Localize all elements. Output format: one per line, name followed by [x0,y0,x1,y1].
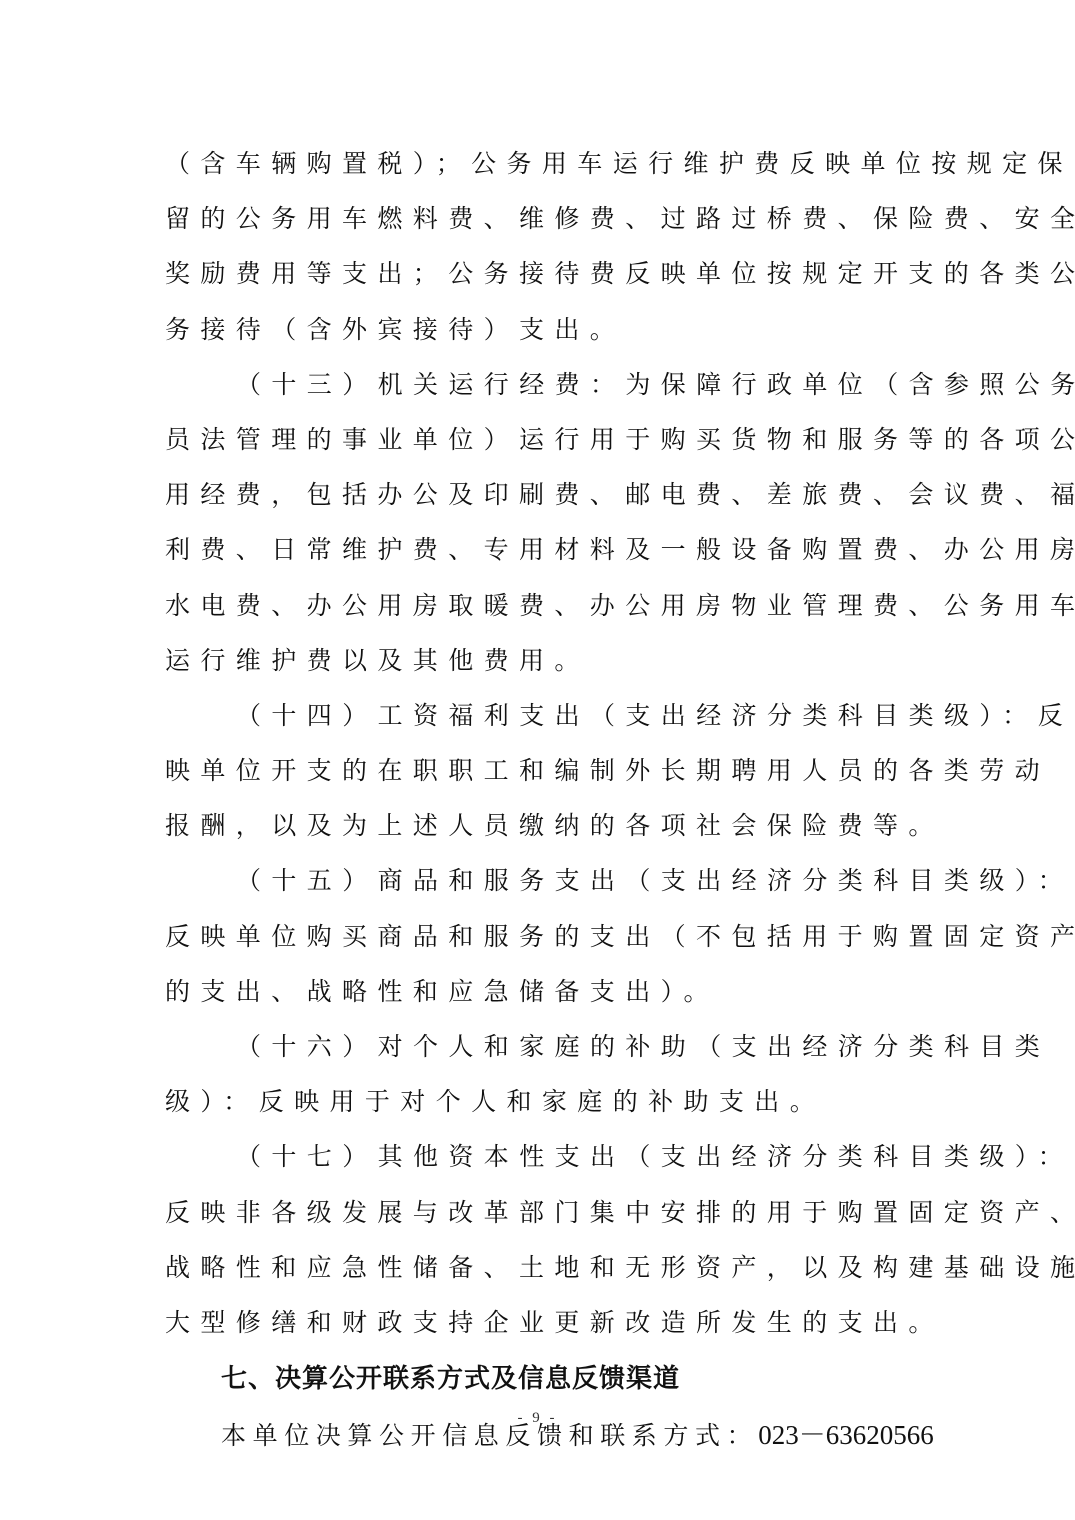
paragraph-section-14-wages-welfare: （十四）工资福利支出（支出经济分类科目类级）：反 映单位开支的在职职工和编制外长… [165,688,915,854]
text-line: 留的公务用车燃料费、维修费、过路过桥费、保险费、安全 [165,191,915,246]
text-line: 员法管理的事业单位）运行用于购买货物和服务等的各项公 [165,412,915,467]
text-line: 级）：反映用于对个人和家庭的补助支出。 [165,1074,915,1129]
text-line: 用经费，包括办公及印刷费、邮电费、差旅费、会议费、福 [165,467,915,522]
text-line: 映单位开支的在职职工和编制外长期聘用人员的各类劳动 [165,743,915,798]
text-line: （十四）工资福利支出（支出经济分类科目类级）：反 [165,688,915,743]
document-page: （含车辆购置税）；公务用车运行维护费反映单位按规定保 留的公务用车燃料费、维修费… [165,136,915,1463]
text-line: 战略性和应急性储备、土地和无形资产，以及构建基础设施、 [165,1240,915,1295]
text-line: 运行维护费以及其他费用。 [165,633,915,688]
text-line: 大型修缮和财政支持企业更新改造所发生的支出。 [165,1295,915,1350]
text-line: 水电费、办公用房取暖费、办公用房物业管理费、公务用车 [165,578,915,633]
text-line: （十七）其他资本性支出（支出经济分类科目类级）： [165,1129,915,1184]
section-heading-contact: 七、决算公开联系方式及信息反馈渠道 [165,1350,915,1408]
text-line: 反映非各级发展与改革部门集中安排的用于购置固定资产、 [165,1185,915,1240]
page-number: - 9 - [0,1410,1075,1427]
text-line: （含车辆购置税）；公务用车运行维护费反映单位按规定保 [165,136,915,191]
paragraph-section-17-other-capital-expenditure: （十七）其他资本性支出（支出经济分类科目类级）： 反映非各级发展与改革部门集中安… [165,1129,915,1350]
text-line: （十五）商品和服务支出（支出经济分类科目类级）： [165,853,915,908]
paragraph-section-15-goods-services: （十五）商品和服务支出（支出经济分类科目类级）： 反映单位购买商品和服务的支出（… [165,853,915,1019]
text-line: （十三）机关运行经费：为保障行政单位（含参照公务 [165,357,915,412]
text-line: （十六）对个人和家庭的补助（支出经济分类科目类 [165,1019,915,1074]
text-line: 奖励费用等支出；公务接待费反映单位按规定开支的各类公 [165,246,915,301]
paragraph-section-13-agency-operating-expenses: （十三）机关运行经费：为保障行政单位（含参照公务 员法管理的事业单位）运行用于购… [165,357,915,688]
paragraph-section-16-household-subsidies: （十六）对个人和家庭的补助（支出经济分类科目类 级）：反映用于对个人和家庭的补助… [165,1019,915,1129]
text-line: 利费、日常维护费、专用材料及一般设备购置费、办公用房 [165,522,915,577]
text-line: 务接待（含外宾接待）支出。 [165,302,915,357]
text-line: 的支出、战略性和应急储备支出）。 [165,964,915,1019]
text-line: 反映单位购买商品和服务的支出（不包括用于购置固定资产 [165,909,915,964]
text-line: 报酬，以及为上述人员缴纳的各项社会保险费等。 [165,798,915,853]
paragraph-official-car-continuation: （含车辆购置税）；公务用车运行维护费反映单位按规定保 留的公务用车燃料费、维修费… [165,136,915,357]
